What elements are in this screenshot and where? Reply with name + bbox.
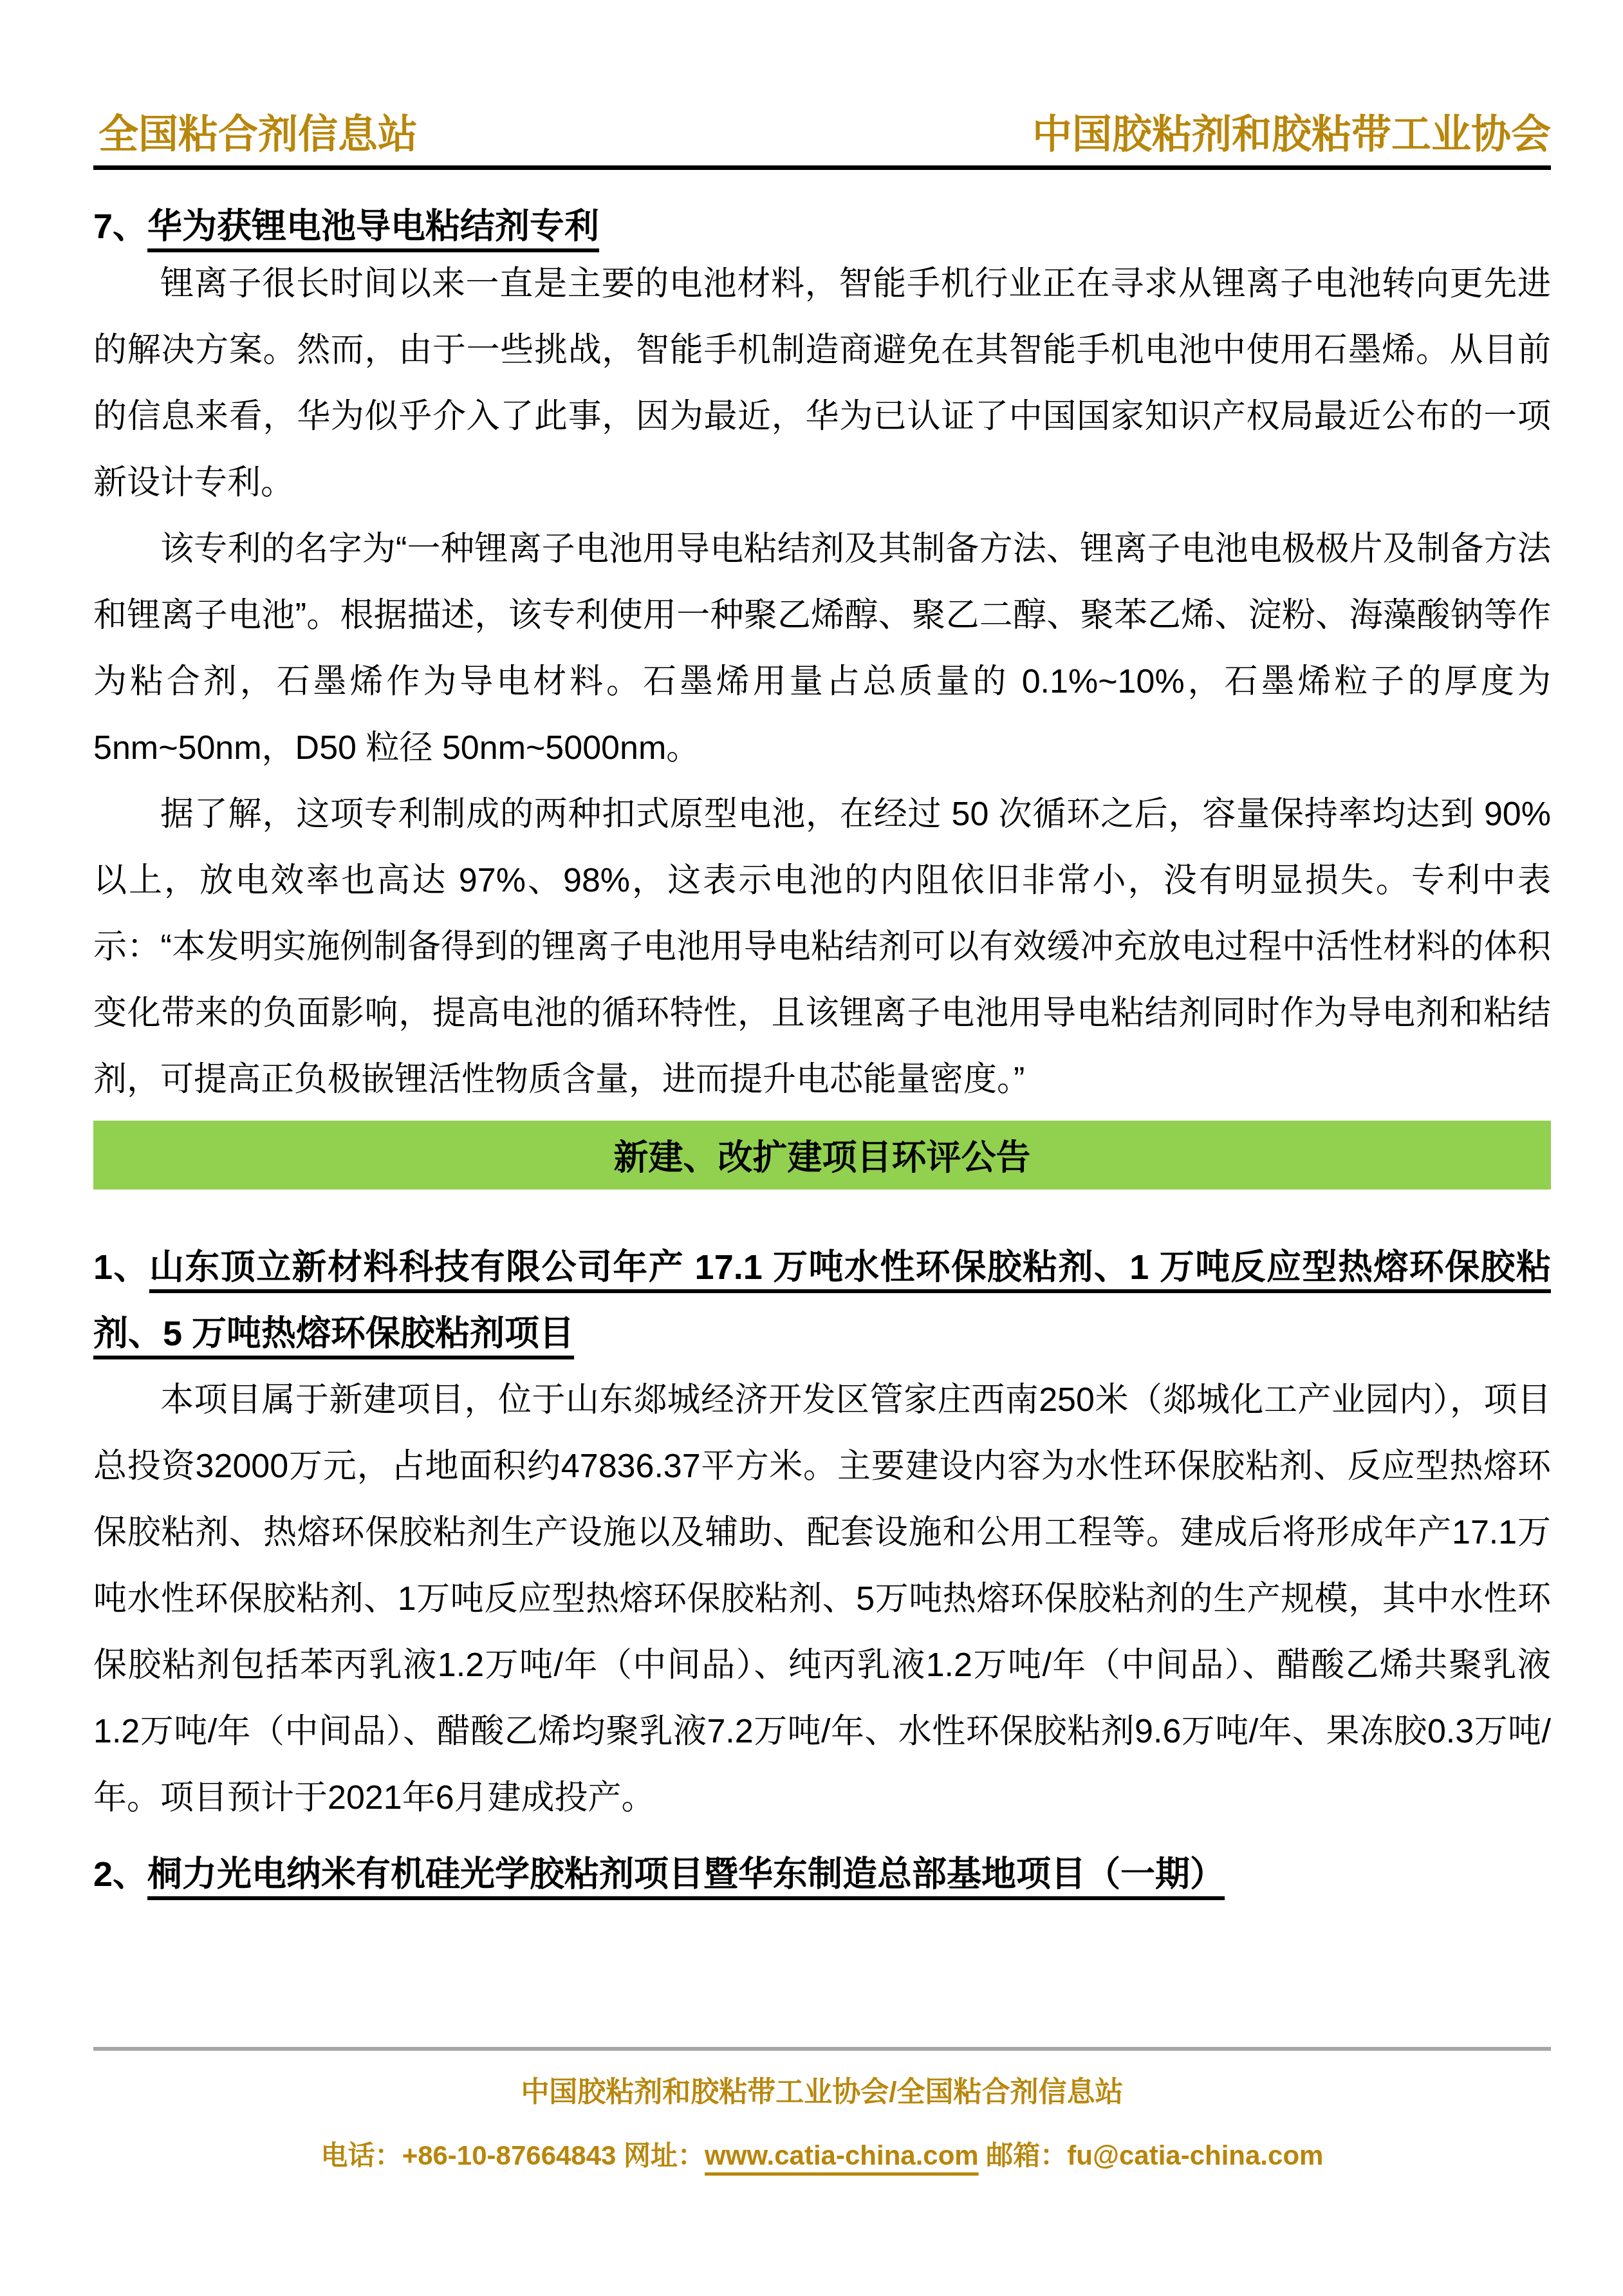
site-name: 全国粘合剂信息站 bbox=[93, 113, 418, 158]
article-7-title: 华为获锂电池导电粘结剂专利 bbox=[147, 207, 599, 246]
website-label: 网址： bbox=[616, 2140, 705, 2170]
article-7-paragraph-3: 据了解，这项专利制成的两种扣式原型电池，在经过 50 次循环之后，容量保持率均达… bbox=[93, 781, 1551, 1113]
email-label: 邮箱： bbox=[979, 2140, 1068, 2170]
footer-divider bbox=[93, 2047, 1551, 2051]
project-1-body: 本项目属于新建项目，位于山东郯城经济开发区管家庄西南250米（郯城化工产业园内）… bbox=[93, 1367, 1551, 1831]
article-7-paragraph-2: 该专利的名字为“一种锂离子电池用导电粘结剂及其制备方法、锂离子电池电极极片及制备… bbox=[93, 516, 1551, 781]
project-2-heading: 2、桐力光电纳米有机硅光学胶粘剂项目暨华东制造总部基地项目（一期） bbox=[93, 1842, 1551, 1908]
project-2-title: 桐力光电纳米有机硅光学胶粘剂项目暨华东制造总部基地项目（一期） bbox=[147, 1855, 1225, 1894]
association-name: 中国胶粘剂和胶粘带工业协会 bbox=[1032, 113, 1551, 158]
website-link[interactable]: www.catia-china.com bbox=[705, 2140, 979, 2170]
project-1-number: 1、 bbox=[93, 1248, 149, 1287]
phone-number: +86-10-87664843 bbox=[402, 2140, 617, 2170]
project-1-heading: 1、山东顶立新材料科技有限公司年产 17.1 万吨水性环保胶粘剂、1 万吨反应型… bbox=[93, 1235, 1551, 1367]
section-banner: 新建、改扩建项目环评公告 bbox=[93, 1121, 1551, 1190]
email-address: fu@catia-china.com bbox=[1067, 2140, 1323, 2170]
project-2-number: 2、 bbox=[93, 1855, 147, 1894]
page-footer: 中国胶粘剂和胶粘带工业协会/全国粘合剂信息站 电话：+86-10-8766484… bbox=[93, 2047, 1551, 2173]
project-1-title: 山东顶立新材料科技有限公司年产 17.1 万吨水性环保胶粘剂、1 万吨反应型热熔… bbox=[93, 1248, 1551, 1353]
article-7-paragraph-1: 锂离子很长时间以来一直是主要的电池材料，智能手机行业正在寻求从锂离子电池转向更先… bbox=[93, 251, 1551, 516]
newsletter-page: 全国粘合剂信息站 中国胶粘剂和胶粘带工业协会 7、华为获锂电池导电粘结剂专利 锂… bbox=[0, 0, 1623, 2296]
article-7-heading: 7、华为获锂电池导电粘结剂专利 bbox=[93, 202, 1551, 251]
header-divider bbox=[93, 165, 1551, 170]
footer-organization-line: 中国胶粘剂和胶粘带工业协会/全国粘合剂信息站 bbox=[93, 2069, 1551, 2110]
footer-contact-line: 电话：+86-10-87664843 网址：www.catia-china.co… bbox=[93, 2134, 1551, 2173]
article-7-number: 7、 bbox=[93, 207, 147, 246]
article-7-body: 锂离子很长时间以来一直是主要的电池材料，智能手机行业正在寻求从锂离子电池转向更先… bbox=[93, 251, 1551, 1113]
phone-label: 电话： bbox=[321, 2140, 402, 2170]
masthead: 全国粘合剂信息站 中国胶粘剂和胶粘带工业协会 bbox=[93, 113, 1551, 158]
project-1-paragraph: 本项目属于新建项目，位于山东郯城经济开发区管家庄西南250米（郯城化工产业园内）… bbox=[93, 1367, 1551, 1831]
section-banner-label: 新建、改扩建项目环评公告 bbox=[614, 1130, 1031, 1180]
